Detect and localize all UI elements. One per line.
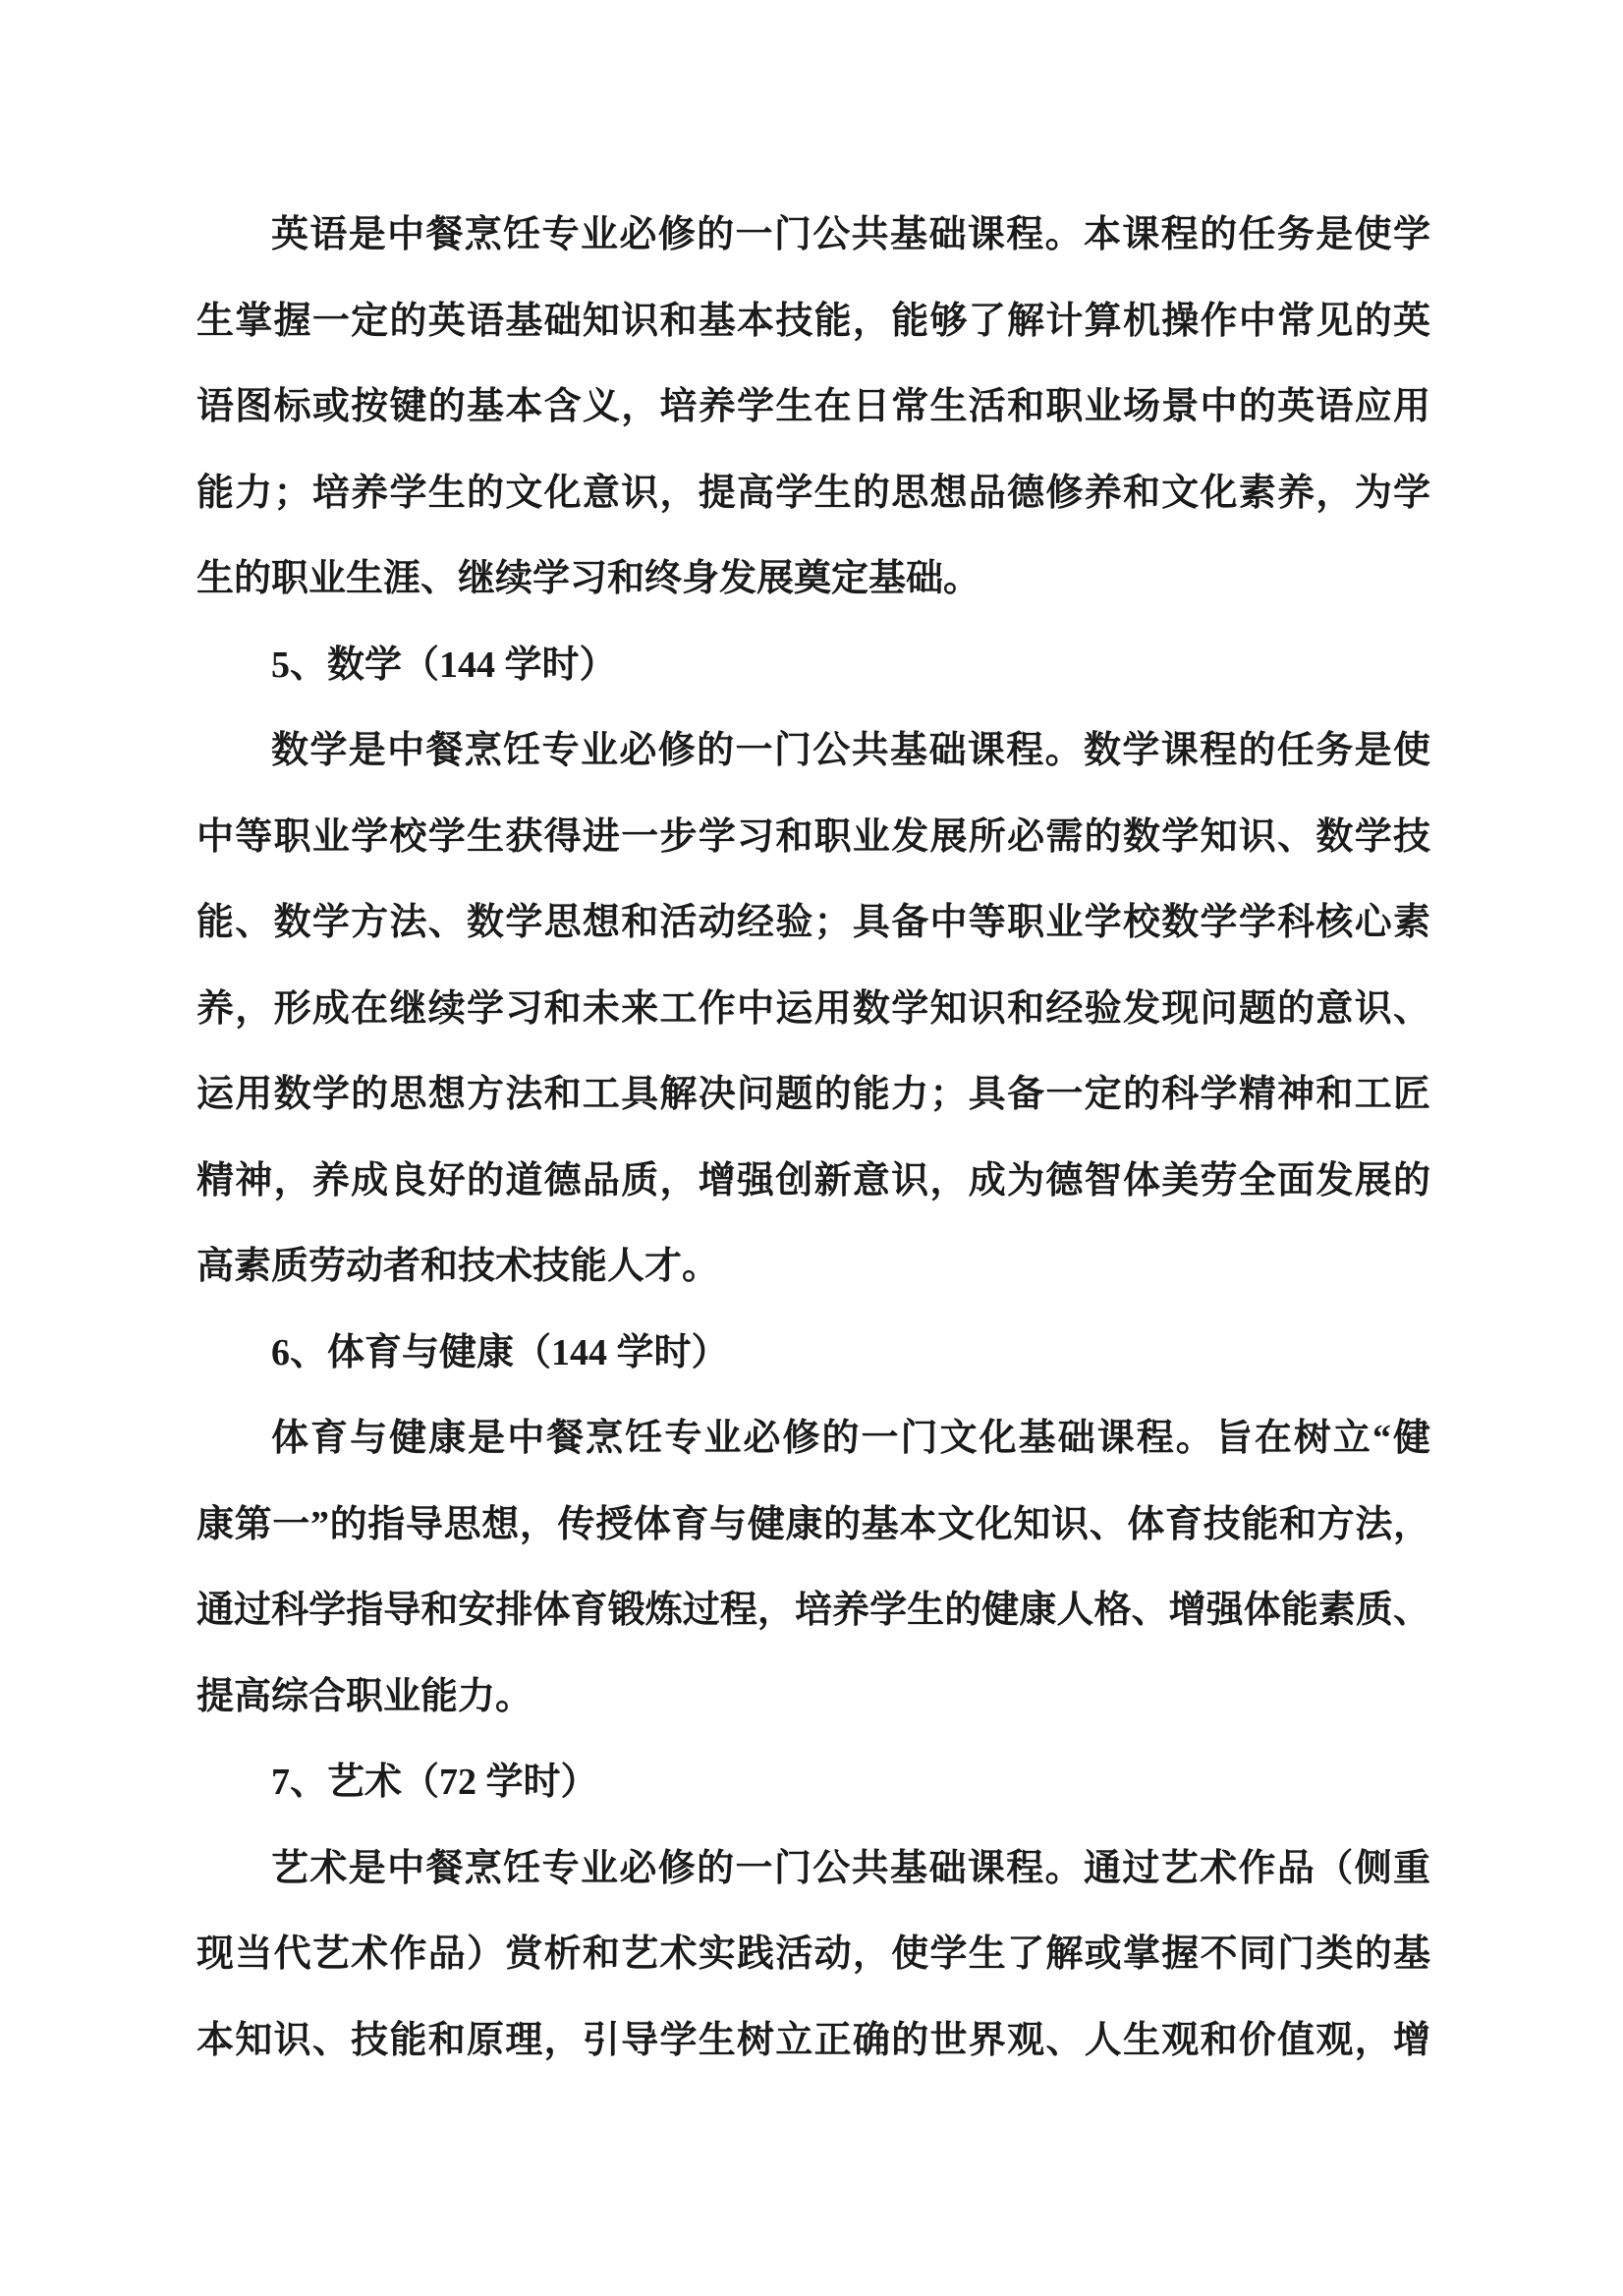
text-line: 艺术是中餐烹饪专业必修的一门公共基础课程。通过艺术作品（侧重 <box>196 1826 1430 1913</box>
text-line: 精神，养成良好的道德品质，增强创新意识，成为德智体美劳全面发展的 <box>196 1139 1430 1225</box>
document-page: 英语是中餐烹饪专业必修的一门公共基础课程。本课程的任务是使学 生掌握一定的英语基… <box>0 0 1623 2296</box>
heading-art-course: 7、艺术（72 学时） <box>196 1740 1430 1826</box>
text-line: 高素质劳动者和技术技能人才。 <box>196 1224 1430 1311</box>
text-line: 生的职业生涯、继续学习和终身发展奠定基础。 <box>196 536 1430 623</box>
text-line: 运用数学的思想方法和工具解决问题的能力；具备一定的科学精神和工匠 <box>196 1052 1430 1139</box>
text-line: 生掌握一定的英语基础知识和基本技能，能够了解计算机操作中常见的英 <box>196 279 1430 365</box>
text-line: 养，形成在继续学习和未来工作中运用数学知识和经验发现问题的意识、 <box>196 967 1430 1053</box>
text-line: 中等职业学校学生获得进一步学习和职业发展所必需的数学知识、数学技 <box>196 795 1430 881</box>
text-line: 现当代艺术作品）赏析和艺术实践活动，使学生了解或掌握不同门类的基 <box>196 1912 1430 1998</box>
text-line: 数学是中餐烹饪专业必修的一门公共基础课程。数学课程的任务是使 <box>196 708 1430 795</box>
text-line: 提高综合职业能力。 <box>196 1654 1430 1741</box>
text-line: 康第一”的指导思想，传授体育与健康的基本文化知识、体育技能和方法， <box>196 1483 1430 1569</box>
text-line: 英语是中餐烹饪专业必修的一门公共基础课程。本课程的任务是使学 <box>196 193 1430 279</box>
text-line: 能、数学方法、数学思想和活动经验；具备中等职业学校数学学科核心素 <box>196 880 1430 967</box>
text-line: 本知识、技能和原理，引导学生树立正确的世界观、人生观和价值观，增 <box>196 1998 1430 2085</box>
heading-pe-health-course: 6、体育与健康（144 学时） <box>196 1311 1430 1397</box>
text-line: 能力；培养学生的文化意识，提高学生的思想品德修养和文化素养，为学 <box>196 451 1430 537</box>
heading-math-course: 5、数学（144 学时） <box>196 623 1430 709</box>
text-line: 语图标或按键的基本含义，培养学生在日常生活和职业场景中的英语应用 <box>196 364 1430 451</box>
text-line: 体育与健康是中餐烹饪专业必修的一门文化基础课程。旨在树立“健 <box>196 1396 1430 1483</box>
text-line: 通过科学指导和安排体育锻炼过程，培养学生的健康人格、增强体能素质、 <box>196 1568 1430 1654</box>
